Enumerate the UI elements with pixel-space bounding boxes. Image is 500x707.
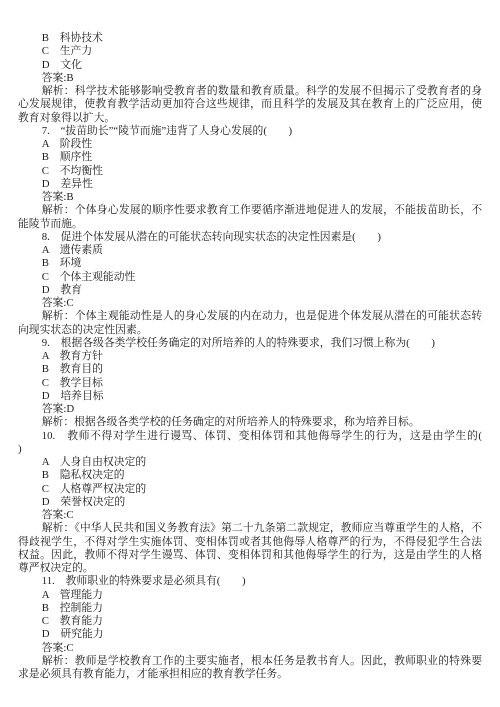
- option-item: D 文化: [18, 59, 482, 72]
- question-text: 9. 根据各级各类学校任务确定的对所培养的人的特殊要求，我们习惯上称为( ): [18, 337, 482, 350]
- option-item: B 科协技术: [18, 32, 482, 45]
- option-item: C 不均衡性: [18, 165, 482, 178]
- option-item: A 遗传素质: [18, 244, 482, 257]
- analysis-paragraph: 解析：个体主观能动性是人的身心发展的内在动力，也是促进个体发展从潜在的可能状态转…: [18, 310, 482, 337]
- option-item: B 控制能力: [18, 602, 482, 615]
- answer-line: 答案:C: [18, 642, 482, 655]
- option-item: D 差异性: [18, 178, 482, 191]
- option-item: A 人身自由权决定的: [18, 456, 482, 469]
- option-item: B 教育目的: [18, 363, 482, 376]
- option-item: D 研究能力: [18, 628, 482, 641]
- option-item: B 顺序性: [18, 151, 482, 164]
- question-text: 11. 教师职业的特殊要求是必须具有( ): [18, 575, 482, 588]
- answer-line: 答案:B: [18, 72, 482, 85]
- analysis-paragraph: 解析：根据各级各类学校的任务确定的对所培养人的特殊要求，称为培养目标。: [18, 416, 482, 429]
- option-item: C 个体主观能动性: [18, 271, 482, 284]
- exam-question-list: B 科协技术C 生产力D 文化答案:B解析：科学技术能够影响受教育者的数量和教育…: [18, 32, 482, 681]
- option-item: D 培养目标: [18, 390, 482, 403]
- answer-line: 答案:B: [18, 191, 482, 204]
- option-item: A 阶段性: [18, 138, 482, 151]
- option-item: C 教育能力: [18, 615, 482, 628]
- option-item: A 教育方针: [18, 350, 482, 363]
- analysis-paragraph: 解析：科学技术能够影响受教育者的数量和教育质量。科学的发展不但揭示了受教育者的身…: [18, 85, 482, 125]
- document-page: B 科协技术C 生产力D 文化答案:B解析：科学技术能够影响受教育者的数量和教育…: [0, 0, 500, 707]
- analysis-paragraph: 解析：教师是学校教育工作的主要实施者，根本任务是教书育人。因此，教师职业的特殊要…: [18, 655, 482, 682]
- answer-line: 答案:C: [18, 509, 482, 522]
- analysis-paragraph: 解析：个体身心发展的顺序性要求教育工作要循序渐进地促进人的发展，不能拔苗助长，不…: [18, 204, 482, 231]
- option-item: B 环境: [18, 257, 482, 270]
- analysis-paragraph: 解析：《中华人民共和国义务教育法》第二十九条第二款规定，教师应当尊重学生的人格，…: [18, 522, 482, 575]
- option-item: D 荣誉权决定的: [18, 496, 482, 509]
- question-text: 10. 教师不得对学生进行谩骂、体罚、变相体罚和其他侮辱学生的行为，这是由学生的…: [18, 430, 482, 457]
- option-item: C 人格尊严权决定的: [18, 483, 482, 496]
- option-item: C 生产力: [18, 45, 482, 58]
- answer-line: 答案:C: [18, 297, 482, 310]
- option-item: B 隐私权决定的: [18, 469, 482, 482]
- question-text: 8. 促进个体发展从潜在的可能状态转向现实状态的决定性因素是( ): [18, 231, 482, 244]
- option-item: A 管理能力: [18, 589, 482, 602]
- question-text: 7. “拔苗助长”“陵节而施”违背了人身心发展的( ): [18, 125, 482, 138]
- option-item: D 教育: [18, 284, 482, 297]
- option-item: C 教学目标: [18, 377, 482, 390]
- answer-line: 答案:D: [18, 403, 482, 416]
